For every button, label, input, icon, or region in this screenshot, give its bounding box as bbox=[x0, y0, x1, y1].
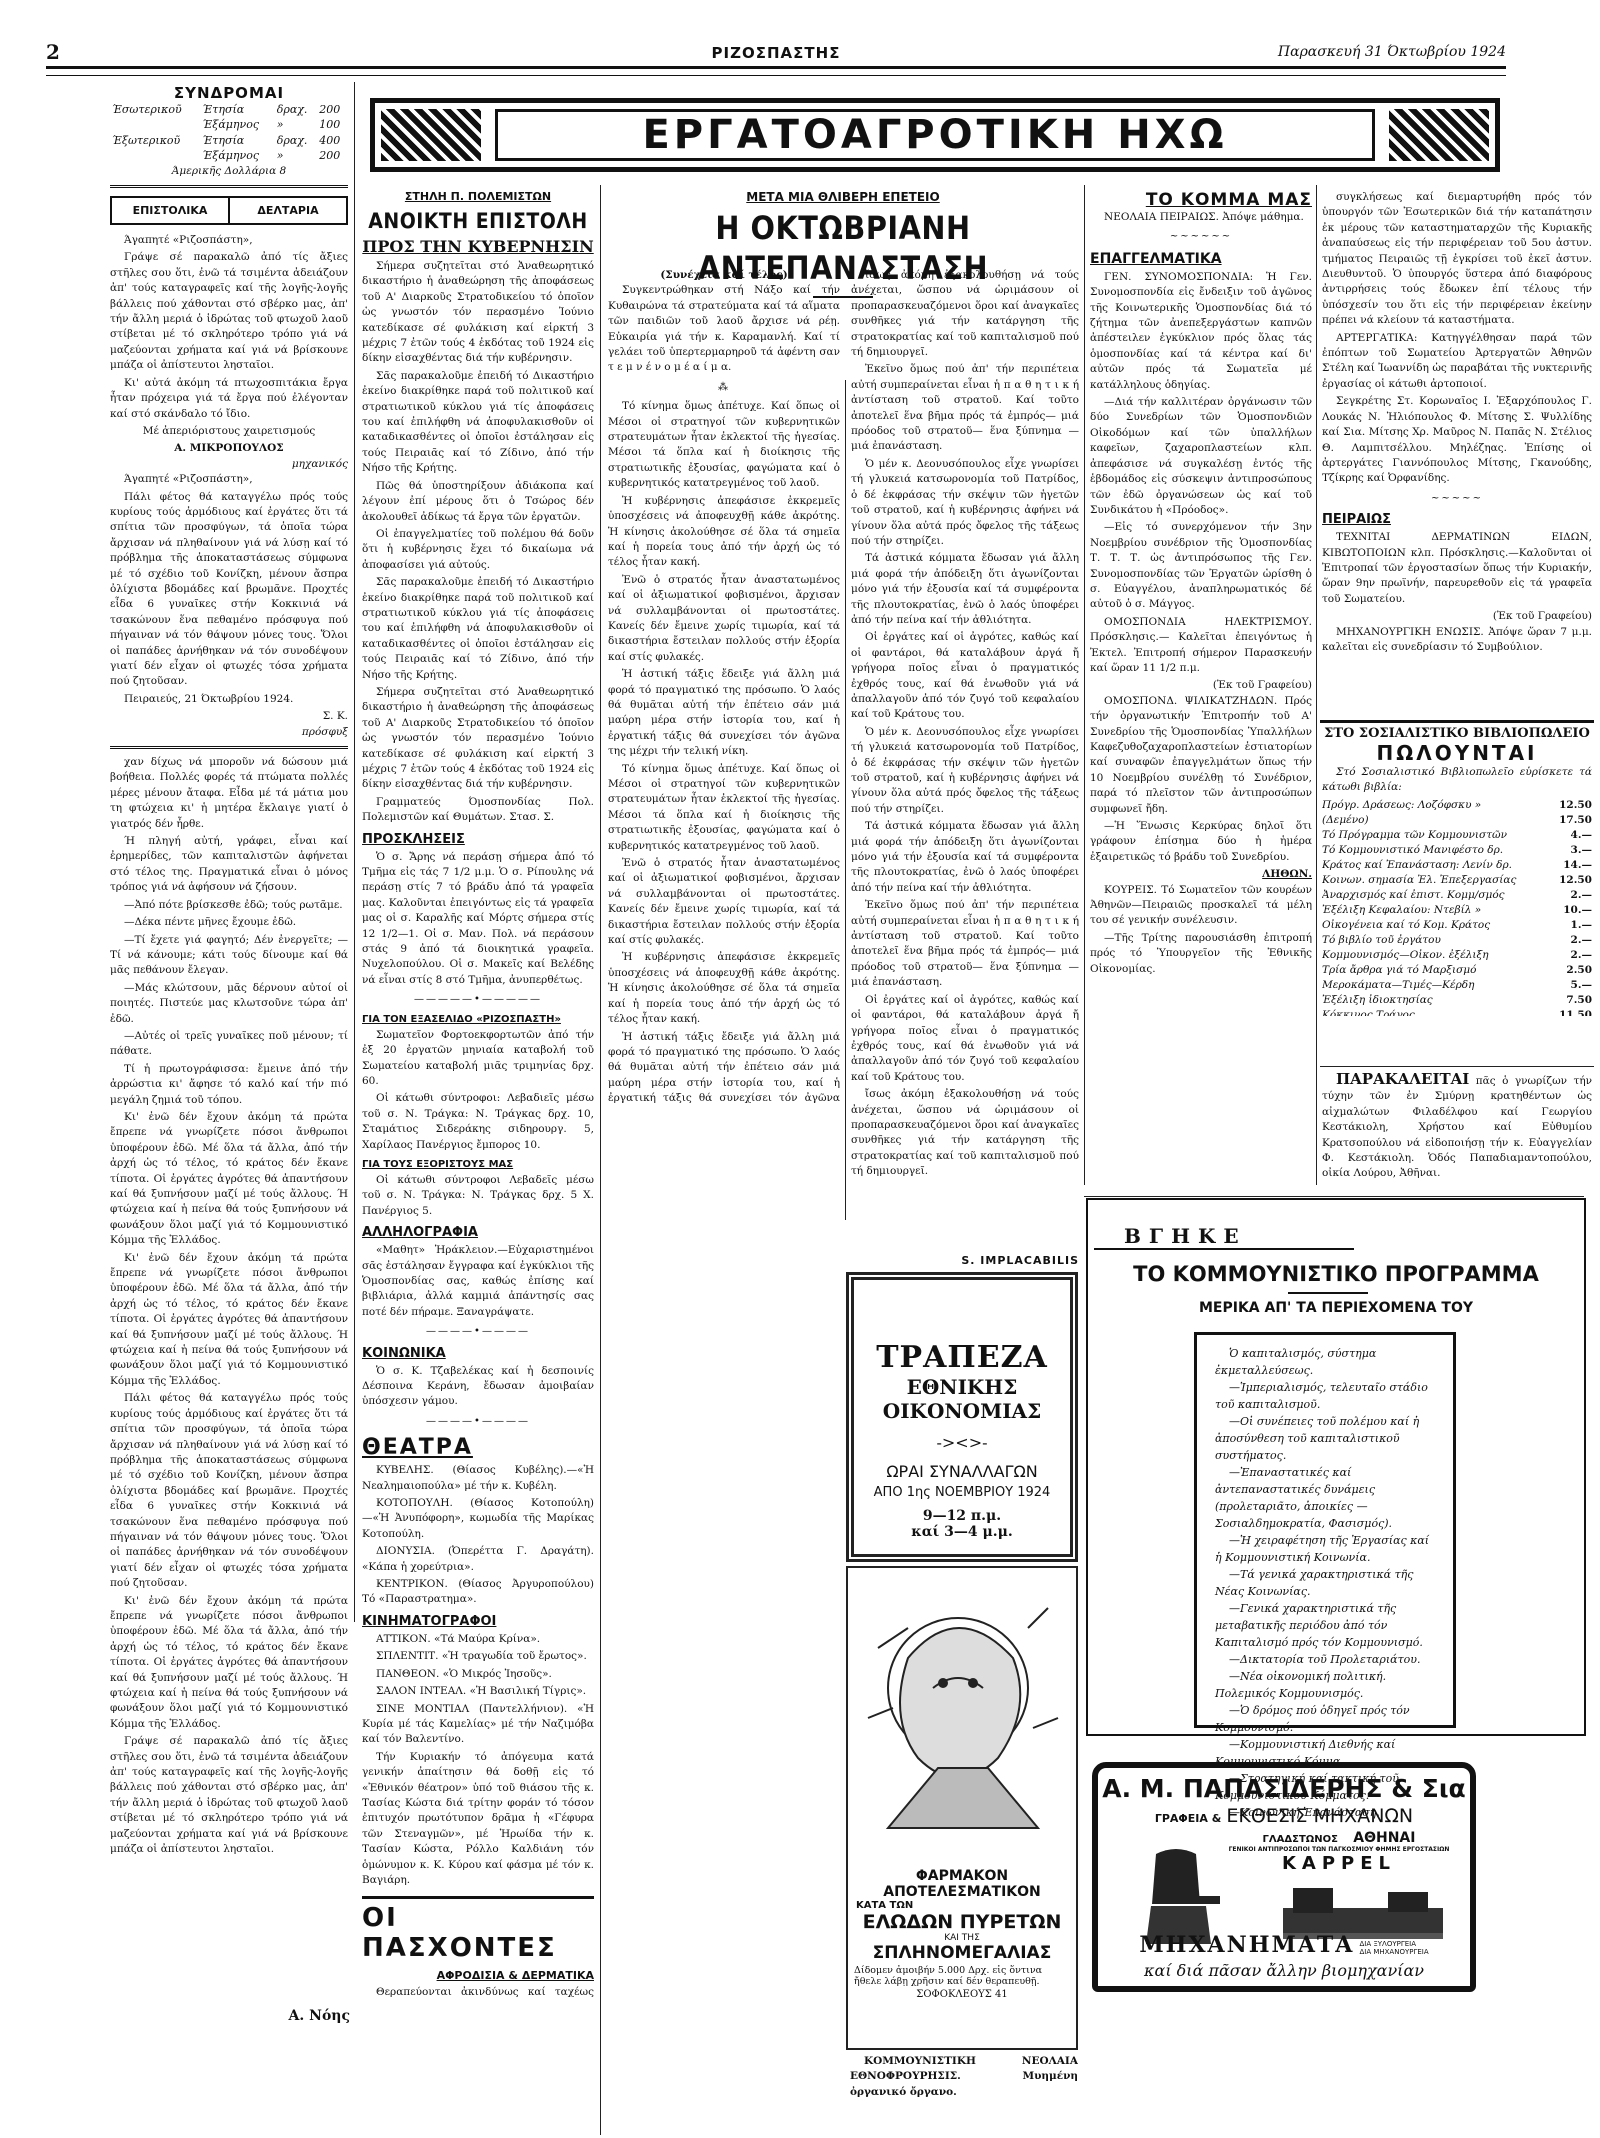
article-body: Οἱ ἐπαγγελματίες τοῦ πολέμου θά δοῦν ὅτι… bbox=[362, 527, 594, 573]
letter-salutation: Άγαπητέ «Ριζοσπάστη», bbox=[110, 233, 348, 248]
book-title: Κόκκινος Τράγος bbox=[1322, 1008, 1553, 1016]
city-heading: ΛΗΘΩΝ. bbox=[1090, 867, 1312, 882]
book-price: 3.— bbox=[1553, 843, 1592, 858]
cinema-listing: ΣΙΝΕ ΜΟΝΤΙΑΛ (Παντελλήνιον). «Ἡ Κυρία μέ… bbox=[362, 1702, 594, 1748]
notices-column: ΣΤΗΛΗ Π. ΠΟΛΕΜΙΣΤΩΝ ΑΝΟΙΚΤΗ ΕΠΙΣΤΟΛΗ ΠΡΟ… bbox=[362, 190, 594, 2000]
tab-letters: ΕΠΙΣΤΟΛΙΚΑ bbox=[112, 198, 228, 223]
article-signature: Γραμματεύς Όμοσπονδίας Πολ. Πολεμιστῶν κ… bbox=[362, 795, 594, 826]
bookshop-subtitle: ΠΩΛΟΥΝΤΑΙ bbox=[1322, 741, 1592, 765]
program-item: —Ἐπαναστατικές καί ἀντεπαναστατικές δυνά… bbox=[1215, 1464, 1435, 1532]
note-body: ΚΟΜΜΟΥΝΙΣΤΙΚΗ ΝΕΟΛΑΙΑ ΕΘΝΟΦΡΟΥΡΗΣΙΣ. Μυη… bbox=[850, 2054, 1078, 2098]
theatre-listing: ΚΟΤΟΠΟΥΛΗ. (Θίασος Κοτοπούλη) —«Ἡ Ἀνυπόφ… bbox=[362, 1496, 594, 1542]
article-body: Ὁ μέν κ. Δεονυσόπουλος εἶχε γνωρίσει τή … bbox=[851, 457, 1079, 549]
ad-subtitle: ΑΦΡΟΔΙΣΙΑ & ΔΕΡΜΑΤΙΚΑ bbox=[362, 1969, 594, 1982]
cinema-note: Τήν Κυριακήν τό ἀπόγευμα κατά γενικήν ἀπ… bbox=[362, 1750, 594, 1889]
book-row: Κράτος καί Ἐπανάσταση: Λενίν δρ.14.— bbox=[1322, 858, 1592, 873]
article-body: Τά ἀστικά κόμματα ἔδωσαν γιά ἄλλη μιά φο… bbox=[851, 551, 1079, 628]
letter-signer-role: πρόσφυξ bbox=[110, 725, 348, 740]
book-row: Τρία ἄρθρα γιά τό Μαρξισμό2.50 bbox=[1322, 963, 1592, 978]
book-title: Ἐξέλιξη ἰδιοκτησίας bbox=[1322, 993, 1553, 1008]
subs-period: Έτησία bbox=[200, 133, 274, 148]
column-divider bbox=[1084, 185, 1085, 1185]
book-price: 2.— bbox=[1553, 948, 1592, 963]
divider-ornament: ————•———— bbox=[362, 1414, 594, 1429]
article-body: —Δέκα πέντε μῆνες ἔχουμε ἐδῶ. bbox=[110, 915, 348, 930]
book-price: 11.50 bbox=[1553, 1008, 1592, 1016]
book-title: Τό Πρόγραμμα τῶν Κομμουνιστῶν bbox=[1322, 828, 1553, 843]
subs-price: 400 bbox=[317, 133, 348, 148]
left-column: ΣΥΝΔΡΟΜΑΙ ΈσωτερικοῦΈτησίαδραχ.200 Έξάμη… bbox=[110, 84, 348, 1914]
book-price: 2.50 bbox=[1553, 963, 1592, 978]
article-body: Σήμερα συζητεῖται στό Ἀναθεωρητικό δικασ… bbox=[362, 685, 594, 793]
article-body: Σήμερα συζητεῖται στό Ἀναθεωρητικό δικασ… bbox=[362, 259, 594, 367]
appeal-notice: ΠΑΡΑΚΑΛΕΙΤΑΙ πᾶς ὁ γνωρίζων τήν τύχην τῶ… bbox=[1322, 1070, 1592, 1180]
book-title: Μεροκάματα—Τιμές—Κέρδη bbox=[1322, 978, 1553, 993]
subs-unit: » bbox=[275, 148, 318, 163]
cinema-listing: ΠΑΝΘΕΟΝ. «Ὁ Μικρός Ἰησοῦς». bbox=[362, 1667, 594, 1682]
article-body: Ἡ ἀστική τάξις ἔδειξε γιά ἄλλη μιά φορά … bbox=[608, 1030, 840, 1109]
tab-postcards: ΔΕΛΤΑΡΙΑ bbox=[228, 198, 346, 223]
bookshop-ad: ΣΤΟ ΣΟΣΙΑΛΙΣΤΙΚΟ ΒΙΒΛΙΟΠΩΛΕΙΟ ΠΩΛΟΥΝΤΑΙ … bbox=[1322, 726, 1592, 1016]
worker-illustration-icon bbox=[381, 109, 481, 161]
party-heading: ΤΟ ΚΟΜΜΑ ΜΑΣ bbox=[1090, 190, 1312, 210]
main-article-col-1: (Συνέχεια καί τέλος) Συγκεντρώθηκαν στή … bbox=[608, 268, 840, 1108]
letter-signer-role: μηχανικός bbox=[110, 457, 348, 472]
medicine-disease-2: ΣΠΛΗΝΟΜΕΓΑΛΙΑΣ bbox=[848, 1943, 1076, 1963]
book-price: 2.— bbox=[1553, 888, 1592, 903]
article-body: Οἱ ἐργάτες καί οἱ ἀγρότες, καθώς καί οἱ … bbox=[851, 630, 1079, 722]
fund-heading: ΓΙΑ ΤΟΝ ΕΞΑΣΕΛΙΔΟ «ΡΙΖΟΣΠΑΣΤΗ» bbox=[362, 1014, 594, 1025]
subs-unit: » bbox=[275, 117, 318, 132]
program-item: Ὁ καπιταλισμός, σύστημα ἐκμεταλλεύσεως. bbox=[1215, 1345, 1435, 1379]
bank-hours-title: ΩΡΑΙ ΣΥΝΑΛΛΑΓΩΝ bbox=[854, 1462, 1070, 1481]
bottom-center-note: ΚΟΜΜΟΥΝΙΣΤΙΚΗ ΝΕΟΛΑΙΑ ΕΘΝΟΦΡΟΥΡΗΣΙΣ. Μυη… bbox=[850, 2054, 1078, 2098]
machinery-use-wood: ΔΙΑ ΞΥΛΟΥΡΓΕΙΑ bbox=[1359, 1940, 1416, 1948]
machinery-offices-label: ΓΡΑΦΕΙΑ & bbox=[1155, 1812, 1221, 1825]
book-row: Κομμουνισμός—Οἰκον. ἐξέλιξη2.— bbox=[1322, 948, 1592, 963]
column-divider bbox=[354, 82, 355, 1622]
subs-period: Έξάμηνος bbox=[200, 117, 274, 132]
section-banner: ΕΡΓΑΤΟΑΓΡΟΤΙΚΗ ΗΧΩ bbox=[370, 98, 1500, 172]
column-divider bbox=[1316, 185, 1317, 1185]
letter-signoff: Μέ ἀπεριόριστους χαιρετισμούς bbox=[110, 424, 348, 439]
machinery-tagline: καί διά πᾶσαν ἄλλην βιομηχανίαν bbox=[1098, 1961, 1470, 1980]
party-notice: ΤΕΧΝΙΤΑΙ ΔΕΡΜΑΤΙΝΩΝ ΕΙΔΩΝ, ΚΙΒΩΤΟΠΟΙΩΝ κ… bbox=[1322, 530, 1592, 607]
book-title: Κράτος καί Ἐπανάσταση: Λενίν δρ. bbox=[1322, 858, 1553, 873]
article-body: —Τί ἔχετε γιά φαγητό; Δέν ἐνεργεῖτε; —Τί… bbox=[110, 933, 348, 979]
open-letter-subheadline: ΠΡΟΣ ΤΗΝ ΚΥΒΕΡΝΗΣΙΝ bbox=[362, 235, 594, 259]
program-ad-banner: ΒΓΗΚΕ bbox=[1094, 1224, 1354, 1250]
article-body: Τά ἀστικά κόμματα ἔδωσαν γιά ἄλλη μιά φο… bbox=[851, 819, 1079, 896]
medicine-address: ΣΟΦΟΚΛΕΟΥΣ 41 bbox=[848, 1989, 1076, 2000]
book-price: 4.— bbox=[1553, 828, 1592, 843]
article-signature: Α. Νόης bbox=[240, 2008, 350, 2024]
divider-ornament: ————•———— bbox=[362, 1324, 594, 1339]
article-body: Τό κίνημα ὅμως ἀπέτυχε. Καί ὅπως οἱ Μέσο… bbox=[608, 399, 840, 491]
book-row: Οἰκογένεια καί τό Κομ. Κράτος1.— bbox=[1322, 918, 1592, 933]
party-notice: συγκλήσεως καί διεμαρτυρήθη πρός τόν ὑπο… bbox=[1322, 190, 1592, 329]
program-item: —Τά γενικά χαρακτηριστικά τῆς Νέας Κοινω… bbox=[1215, 1566, 1435, 1600]
lion-illustration-icon bbox=[848, 1568, 1076, 1868]
divider-ornament: ~~~~~ bbox=[1322, 491, 1592, 506]
column-divider bbox=[845, 380, 846, 1220]
book-row: Τό Κομμουνιστικό Μανιφέστο δρ.3.— bbox=[1322, 843, 1592, 858]
bank-ad: ΤΡΑΠΕΖΑ ΕΘΝΙΚΗΣ ΟΙΚΟΝΟΜΙΑΣ -><>- ΩΡΑΙ ΣΥ… bbox=[846, 1272, 1078, 1562]
book-title: Κοινων. σημασία Ἐλ. Ἐπεξεργασίας bbox=[1322, 873, 1553, 888]
subs-america: Άμερικῆς Δολλάρια 8 bbox=[110, 164, 348, 179]
cinema-listing: ΑΤΤΙΚΟΝ. «Τά Μαύρα Κρίνα». bbox=[362, 1632, 594, 1647]
medicine-disease-1: ΕΛΩΔΩΝ ΠΥΡΕΤΩΝ bbox=[848, 1911, 1076, 1933]
continuation-note: (Συνέχεια καί τέλος) bbox=[608, 268, 840, 283]
subs-unit: δραχ. bbox=[275, 133, 318, 148]
machinery-city: ΑΘΗΝΑΙ bbox=[1353, 1830, 1415, 1846]
machinery-ad: Α. Μ. ΠΑΠΑΣΙΔΕΡΗΣ & Σια ΓΡΑΦΕΙΑ & ΕΚΘΕΣΙ… bbox=[1092, 1762, 1476, 1992]
letter-place-date: Πειραιεύς, 21 Όκτωβρίου 1924. bbox=[110, 692, 348, 707]
article-body: Τί ἡ πρωτογράφισσα: ἔμεινε ἀπό τήν ἀρρώσ… bbox=[110, 1062, 348, 1108]
machinery-exhibition: ΕΚΘΕΣΙΣ ΜΗΧΑΝΩΝ bbox=[1226, 1805, 1413, 1827]
subs-price: 200 bbox=[317, 102, 348, 117]
book-price: 1.— bbox=[1553, 918, 1592, 933]
book-price: 14.— bbox=[1553, 858, 1592, 873]
notice-body: Σωματεῖον Φορτοεκφορτωτῶν ἀπό τήν ἐξ 20 … bbox=[362, 1028, 594, 1090]
book-title: Τρία ἄρθρα γιά τό Μαρξισμό bbox=[1322, 963, 1553, 978]
book-row: Ἐξέλιξη Κεφαλαίου: Ντεβίλ »10.— bbox=[1322, 903, 1592, 918]
main-article-kicker: ΜΕΤΑ ΜΙΑ ΘΛΙΒΕΡΗ ΕΠΕΤΕΙΟ bbox=[606, 190, 1080, 204]
asterism-icon: ⁂ bbox=[608, 380, 840, 395]
bank-hours-morning: 9—12 π.μ. bbox=[854, 1508, 1070, 1524]
ad-body: Θεραπεύονται ἀκινδύνως καί ταχέως διά τῶ… bbox=[362, 1985, 594, 2000]
invitations-heading: ΠΡΟΣΚΛΗΣΕΙΣ bbox=[362, 832, 594, 847]
ornament-icon: -><>- bbox=[854, 1433, 1070, 1452]
plough-ox-illustration-icon bbox=[1389, 109, 1489, 161]
bank-name-1: ΤΡΑΠΕΖΑ bbox=[854, 1340, 1070, 1375]
machinery-street: ΓΛΑΔΣΤΩΝΟΣ bbox=[1263, 1834, 1338, 1845]
article-body: χαν δίχως νά μποροῦν νά δώσουν μιά βοήθε… bbox=[110, 755, 348, 832]
medicine-ad: ΦΑΡΜΑΚΟΝ ΑΠΟΤΕΛΕΣΜΑΤΙΚΟΝ ΚΑΤΑ ΤΩΝ ΕΛΩΔΩΝ… bbox=[846, 1566, 1078, 2050]
main-article-signature: S. IMPLACABILIS bbox=[851, 1254, 1079, 1267]
book-row: Κοινων. σημασία Ἐλ. Ἐπεξεργασίας12.50 bbox=[1322, 873, 1592, 888]
subscriptions-title: ΣΥΝΔΡΟΜΑΙ bbox=[110, 84, 348, 102]
program-ad-subtitle: ΜΕΡΙΚΑ ΑΠ' ΤΑ ΠΕΡΙΕΧΟΜΕΝΑ ΤΟΥ bbox=[1088, 1300, 1584, 1316]
party-notice: ΟΜΟΣΠΟΝΔΙΑ ΗΛΕΚΤΡΙΣΜΟΥ. Πρόσκλησις.— Καλ… bbox=[1090, 615, 1312, 677]
theatre-listing: ΚΕΝΤΡΙΚΟΝ. (Θίασος Ἀργυροπούλου) Τό «Παρ… bbox=[362, 1577, 594, 1608]
masthead-rule bbox=[46, 66, 1506, 76]
article-body: Σᾶς παρακαλοῦμε ἐπειδή τό Δικαστήριο ἐκε… bbox=[362, 369, 594, 477]
article-body: Σᾶς παρακαλοῦμε ἐπειδή τό Δικαστήριο ἐκε… bbox=[362, 575, 594, 683]
book-row: Κόκκινος Τράγος11.50 bbox=[1322, 1008, 1592, 1016]
article-body: Τό κίνημα ὅμως ἀπέτυχε. Καί ὅπως οἱ Μέσο… bbox=[608, 762, 840, 854]
article-body: Ἡ ἀστική τάξις ἔδειξε γιά ἄλλη μιά φορά … bbox=[608, 667, 840, 759]
notice-body: «Μαθητ» Ἡράκλειον.—Εὐχαριστημένοι σᾶς ἐσ… bbox=[362, 1243, 594, 1320]
exiles-heading: ΓΙΑ ΤΟΥΣ ΕΞΟΡΙΣΤΟΥΣ ΜΑΣ bbox=[362, 1159, 594, 1170]
subs-price: 100 bbox=[317, 117, 348, 132]
book-price: 12.50 bbox=[1553, 873, 1592, 888]
article-body: Ἐκεῖνο ὅμως πού ἀπ' τήν περιπέτεια αὐτή … bbox=[851, 362, 1079, 454]
office-signature: (Ἐκ τοῦ Γραφείου) bbox=[1322, 609, 1592, 624]
ad-title: ΟΙ ΠΑΣΧΟΝΤΕΣ bbox=[362, 1903, 594, 1963]
main-article-col-2: ἴσως ἀκόμη ἐξακολουθήσῃ νά τούς ἀνέχεται… bbox=[851, 268, 1079, 1198]
party-notice: ΚΟΥΡΕΙΣ. Τό Σωματεῖον τῶν κουρέων Ἀθηνῶν… bbox=[1090, 883, 1312, 929]
letter-body: Κι' αὐτά ἀκόμη τά πτωχοσπιτάκια ἔργα ἦτα… bbox=[110, 376, 348, 422]
open-letter-kicker: ΣΤΗΛΗ Π. ΠΟΛΕΜΙΣΤΩΝ bbox=[362, 190, 594, 203]
book-row: Τό βιβλίο τοῦ ἐργάτου2.— bbox=[1322, 933, 1592, 948]
professional-heading: ΕΠΑΓΓΕΛΜΑΤΙΚΑ bbox=[1090, 251, 1312, 267]
issue-date: Παρασκευή 31 Όκτωβρίου 1924 bbox=[1278, 44, 1506, 60]
book-row: Τό Πρόγραμμα τῶν Κομμουνιστῶν4.— bbox=[1322, 828, 1592, 843]
title-rule bbox=[1288, 1292, 1368, 1294]
book-price: 12.50 bbox=[1553, 798, 1592, 813]
machinery-company: Α. Μ. ΠΑΠΑΣΙΔΕΡΗΣ & Σια bbox=[1098, 1774, 1470, 1803]
book-price: 10.— bbox=[1553, 903, 1592, 918]
book-title: (Δεμένο) bbox=[1322, 813, 1553, 828]
article-body: Κι' ἐνῶ δέν ἔχουν ἀκόμη τά πρώτα ἔπρεπε … bbox=[110, 1594, 348, 1733]
article-body: Ὁ μέν κ. Δεονυσόπουλος εἶχε γνωρίσει τή … bbox=[851, 725, 1079, 817]
medicine-offer: Δίδομεν ἀμοιβήν 5.000 Δρχ. εἰς ὅντινα ἤθ… bbox=[848, 1963, 1076, 1989]
theatre-listing: ΔΙΟΝΥΣΙΑ. (Ὀπερέττα Γ. Δραγάτη). «Κάπα ἡ… bbox=[362, 1544, 594, 1575]
bank-name-2: ΕΘΝΙΚΗΣ ΟΙΚΟΝΟΜΙΑΣ bbox=[854, 1375, 1070, 1423]
cinema-listing: ΣΑΛΟΝ ΙΝΤΕΑΛ. «Ἡ Βασιλική Τίγρις». bbox=[362, 1684, 594, 1699]
notice-body: Οἱ κάτωθι σύντροφοι Λεβαδεῖς μέσω τοῦ σ.… bbox=[362, 1173, 594, 1219]
book-price-list: Πρόγρ. Δράσεως: Λοζόφσκυ »12.50 (Δεμένο)… bbox=[1322, 798, 1592, 1016]
article-body: Γράψε σέ παρακαλῶ ἀπό τίς ἄξιες στῆλες σ… bbox=[110, 1734, 348, 1857]
cinema-listing: ΣΠΛΕΝΤΙΤ. «Ἡ τραγωδία τοῦ ἔρωτος». bbox=[362, 1649, 594, 1664]
article-body: Πῶς θά ὑποστηρίξουν ἀδιάκοπα καί λέγουν … bbox=[362, 479, 594, 525]
letter-body: Πάλι φέτος θά καταγγέλω πρός τούς κυρίου… bbox=[110, 490, 348, 690]
book-title: Ἀναρχισμός καί ἐπιστ. Κομμ/σμός bbox=[1322, 888, 1553, 903]
subs-period: Έξάμηνος bbox=[200, 148, 274, 163]
section-rule bbox=[1320, 720, 1594, 723]
article-body: —Αὐτές οἱ τρεῖς γυναῖκες ποῦ μένουν; τί … bbox=[110, 1029, 348, 1060]
divider-ornament: ~~~~~~ bbox=[1090, 229, 1312, 244]
article-body: Ή πληγή αὐτή, γράφει, εἶναι καί ἐρημερίδ… bbox=[110, 834, 348, 896]
letter-signer: Α. ΜΙΚΡΟΠΟΥΛΟΣ bbox=[110, 441, 348, 456]
section-rule bbox=[1084, 1196, 1584, 1197]
theatres-heading: ΘΕΑΤΡΑ bbox=[362, 1435, 594, 1460]
article-body: Κι' ἐνῶ δέν ἔχουν ἀκόμη τά πρώτα ἔπρεπε … bbox=[110, 1251, 348, 1390]
party-notice: ΓΕΝ. ΣΥΝΟΜΟΣΠΟΝΔΙΑ: Ἡ Γεν. Συνομοσπονδία… bbox=[1090, 270, 1312, 393]
party-notice: —Διά τήν καλλιτέραν ὀργάνωσιν τῶν δύο Συ… bbox=[1090, 395, 1312, 518]
book-title: Οἰκογένεια καί τό Κομ. Κράτος bbox=[1322, 918, 1553, 933]
book-row: Ἐξέλιξη ἰδιοκτησίας7.50 bbox=[1322, 993, 1592, 1008]
section-rule bbox=[1320, 1066, 1594, 1067]
piraeus-heading: ΠΕΙΡΑΙΩΣ bbox=[1322, 512, 1592, 527]
subs-group: Έξωτερικοῦ bbox=[110, 133, 200, 148]
section-tabs: ΕΠΙΣΤΟΛΙΚΑ ΔΕΛΤΑΡΙΑ bbox=[110, 196, 348, 225]
article-body: Ἐκεῖνο ὅμως πού ἀπ' τήν περιπέτεια αὐτή … bbox=[851, 898, 1079, 990]
notice-body: Οἱ κάτωθι σύντροφοι: Λεβαδιεῖς μέσω τοῦ … bbox=[362, 1091, 594, 1153]
book-row: Πρόγρ. Δράσεως: Λοζόφσκυ »12.50 bbox=[1322, 798, 1592, 813]
subs-group bbox=[110, 148, 200, 163]
program-ad: ΒΓΗΚΕ ΤΟ ΚΟΜΜΟΥΝΙΣΤΙΚΟ ΠΡΟΓΡΑΜΜΑ ΜΕΡΙΚΑ … bbox=[1086, 1198, 1586, 1736]
article-body: ἴσως ἀκόμη ἐξακολουθήσῃ νά τούς ἀνέχεται… bbox=[851, 268, 1079, 360]
subs-group: Έσωτερικοῦ bbox=[110, 102, 200, 117]
program-ad-title: ΤΟ ΚΟΜΜΟΥΝΙΣΤΙΚΟ ΠΡΟΓΡΑΜΜΑ bbox=[1088, 1262, 1584, 1286]
subs-price: 200 bbox=[317, 148, 348, 163]
book-row: Μεροκάματα—Τιμές—Κέρδη5.— bbox=[1322, 978, 1592, 993]
program-contents-box: Ὁ καπιταλισμός, σύστημα ἐκμεταλλεύσεως. … bbox=[1194, 1332, 1456, 1728]
program-item: —Ὁ δρόμος πού ὁδηγεῖ πρός τόν Κομμουνισμ… bbox=[1215, 1702, 1435, 1736]
letter-signer: Σ. Κ. bbox=[110, 709, 348, 724]
article-body: Πάλι φέτος θά καταγγέλω πρός τούς κυρίου… bbox=[110, 1391, 348, 1591]
book-price: 17.50 bbox=[1553, 813, 1592, 828]
medicine-title: ΦΑΡΜΑΚΟΝ bbox=[848, 1868, 1076, 1884]
notice-body: Ὁ σ. Ἄρης νά περάσῃ σήμερα ἀπό τό Τμῆμα … bbox=[362, 850, 594, 989]
article-body: Ἡ κυβέρνησις ἀπεφάσισε ἐκκρεμεῖς ὑποσχέσ… bbox=[608, 950, 840, 1027]
party-notice: —Ἡ Ἕνωσις Κερκύρας δηλοῖ ὅτι γράφουν ἐπί… bbox=[1090, 819, 1312, 865]
party-notice: ΜΗΧΑΝΟΥΡΓΙΚΗ ΕΝΩΣΙΣ. Ἀπόψε ὥραν 7 μ.μ. κ… bbox=[1322, 625, 1592, 656]
subs-period: Έτησία bbox=[200, 102, 274, 117]
article-body: Κι' ἐνῶ δέν ἔχουν ἀκόμη τά πρώτα ἔπρεπε … bbox=[110, 1110, 348, 1249]
article-body: Συγκεντρώθηκαν στή Νάξο καί τήν Κυθαιρών… bbox=[608, 283, 840, 375]
theatre-listing: ΚΥΒΕΛΗΣ. (Θίασος Κυβέλης).—«Ἡ Νεαλημαιοπ… bbox=[362, 1463, 594, 1494]
program-item: —Ἱμπεριαλισμός, τελευταῖο στάδιο τοῦ καπ… bbox=[1215, 1379, 1435, 1413]
article-body: Ἡ κυβέρνησις ἀπεφάσισε ἐκκρεμεῖς ὑποσχέσ… bbox=[608, 494, 840, 571]
program-item: —Νέα οἰκονομική πολιτική. Πολεμικός Κομμ… bbox=[1215, 1668, 1435, 1702]
party-column: ΤΟ ΚΟΜΜΑ ΜΑΣ ΝΕΟΛΑΙΑ ΠΕΙΡΑΙΩΣ. Ἀπόψε μάθ… bbox=[1090, 190, 1312, 1180]
party-notice: —Εἰς τό συνερχόμενον τήν 3ην Νοεμβρίου σ… bbox=[1090, 520, 1312, 612]
book-title: Τό Κομμουνιστικό Μανιφέστο δρ. bbox=[1322, 843, 1553, 858]
medicine-subtitle: ΑΠΟΤΕΛΕΣΜΑΤΙΚΟΝ bbox=[848, 1884, 1076, 1900]
book-title: Πρόγρ. Δράσεως: Λοζόφσκυ » bbox=[1322, 798, 1553, 813]
article-body: Ἐνῶ ὁ στρατός ἦταν ἀναστατωμένος καί οἱ … bbox=[608, 573, 840, 665]
appeal-body: πᾶς ὁ γνωρίζων τήν τύχην τῶν ἐν Σμύρνῃ κ… bbox=[1322, 1075, 1592, 1179]
subscriptions-table: ΈσωτερικοῦΈτησίαδραχ.200 Έξάμηνος»100 Έξ… bbox=[110, 102, 348, 164]
book-title: Τό βιβλίο τοῦ ἐργάτου bbox=[1322, 933, 1553, 948]
article-body: —Ἀπό πότε βρίσκεσθε ἐδῶ; τούς ρωτᾶμε. bbox=[110, 898, 348, 913]
divider-ornament: —————•————— bbox=[362, 992, 594, 1007]
correspondence-heading: ΑΛΛΗΛΟΓΡΑΦΙΑ bbox=[362, 1225, 594, 1240]
medicine-and: ΚΑΙ ΤΗΣ bbox=[848, 1933, 1076, 1943]
letter-body: Γράψε σέ παρακαλῶ ἀπό τίς ἄξιες στῆλες σ… bbox=[110, 250, 348, 373]
program-item: —Γενικά χαρακτηριστικά τῆς μεταβατικῆς π… bbox=[1215, 1600, 1435, 1651]
party-notice: —Τῆς Τρίτης παρουσιάσθη ἐπιτροπή πρός τό… bbox=[1090, 931, 1312, 977]
appeal-lead: ΠΑΡΑΚΑΛΕΙΤΑΙ bbox=[1336, 1070, 1469, 1088]
book-price: 7.50 bbox=[1553, 993, 1592, 1008]
bank-hours-afternoon: καί 3—4 μ.μ. bbox=[854, 1524, 1070, 1540]
notice-body: Ὁ σ. Κ. Τζαβελέκας καί ἡ δεσποινίς Δέσπο… bbox=[362, 1364, 594, 1410]
bank-from-date: ΑΠΟ 1ης ΝΟΕΜΒΡΙΟΥ 1924 bbox=[854, 1485, 1070, 1500]
article-body: ἴσως ἀκόμη ἐξακολουθήσῃ νά τούς ἀνέχεται… bbox=[851, 1087, 1079, 1179]
letter-salutation: Άγαπητέ «Ριζοσπάστη», bbox=[110, 472, 348, 487]
program-item: —Δικτατορία τοῦ Προλεταριάτου. bbox=[1215, 1651, 1435, 1668]
program-item: —Ἡ χειραφέτηση τῆς Ἐργασίας καί ἡ Κομμου… bbox=[1215, 1532, 1435, 1566]
cinemas-heading: ΚΙΝΗΜΑΤΟΓΡΑΦΟΙ bbox=[362, 1614, 594, 1629]
open-letter-headline: ΑΝΟΙΚΤΗ ΕΠΙΣΤΟΛΗ bbox=[362, 207, 594, 235]
party-youth-note: ΝΕΟΛΑΙΑ ΠΕΙΡΑΙΩΣ. Ἀπόψε μάθημα. bbox=[1090, 210, 1312, 225]
bookshop-title: ΣΤΟ ΣΟΣΙΑΛΙΣΤΙΚΟ ΒΙΒΛΙΟΠΩΛΕΙΟ bbox=[1322, 726, 1592, 741]
party-notice: ΟΜΟΣΠΟΝΔ. ΨΙΛΙΚΑΤΖΗΔΩΝ. Πρός τήν ὀργανωτ… bbox=[1090, 694, 1312, 817]
book-title: Ἐξέλιξη Κεφαλαίου: Ντεβίλ » bbox=[1322, 903, 1553, 918]
machinery-product: ΜΗΧΑΝΗΜΑΤΑ bbox=[1139, 1932, 1354, 1958]
book-title: Κομμουνισμός—Οἰκον. ἐξέλιξη bbox=[1322, 948, 1553, 963]
party-notice: Σεγκρέτης Στ. Κορωναῖος Ι. Ἐξαρχόπουλος … bbox=[1322, 394, 1592, 486]
party-notice: ΑΡΤΕΡΓΑΤΙΚΑ: Κατηγγέλθησαν παρά τῶν ἐπόπ… bbox=[1322, 331, 1592, 393]
social-heading: ΚΟΙΝΩΝΙΚΑ bbox=[362, 1346, 594, 1361]
office-signature: (Ἐκ τοῦ Γραφείου) bbox=[1090, 678, 1312, 693]
book-price: 2.— bbox=[1553, 933, 1592, 948]
subs-group bbox=[110, 117, 200, 132]
article-body: —Μάς κλώτσουν, μᾶς δέρνουν αὐτοί οἱ ποιη… bbox=[110, 981, 348, 1027]
medicine-against: ΚΑΤΑ ΤΩΝ bbox=[848, 1900, 1076, 1911]
program-item: —Οἱ συνέπειες τοῦ πολέμου καί ἡ ἀποσύνθε… bbox=[1215, 1413, 1435, 1464]
book-row: (Δεμένο)17.50 bbox=[1322, 813, 1592, 828]
machinery-use-metal: ΔΙΑ ΜΗΧΑΝΟΥΡΓΕΙΑ bbox=[1359, 1948, 1428, 1956]
column-divider bbox=[600, 185, 601, 2135]
banner-title: ΕΡΓΑΤΟΑΓΡΟΤΙΚΗ ΗΧΩ bbox=[495, 109, 1375, 161]
bookshop-intro: Στό Σοσιαλιστικό Βιβλιοπωλεῖο εὑρίσκετε … bbox=[1322, 765, 1592, 796]
article-body: Ἐνῶ ὁ στρατός ἦταν ἀναστατωμένος καί οἱ … bbox=[608, 856, 840, 948]
article-body: Οἱ ἐργάτες καί οἱ ἀγρότες, καθώς καί οἱ … bbox=[851, 993, 1079, 1085]
book-row: Ἀναρχισμός καί ἐπιστ. Κομμ/σμός2.— bbox=[1322, 888, 1592, 903]
party-column-2: συγκλήσεως καί διεμαρτυρήθη πρός τόν ὑπο… bbox=[1322, 190, 1592, 710]
book-price: 5.— bbox=[1553, 978, 1592, 993]
subs-unit: δραχ. bbox=[275, 102, 318, 117]
